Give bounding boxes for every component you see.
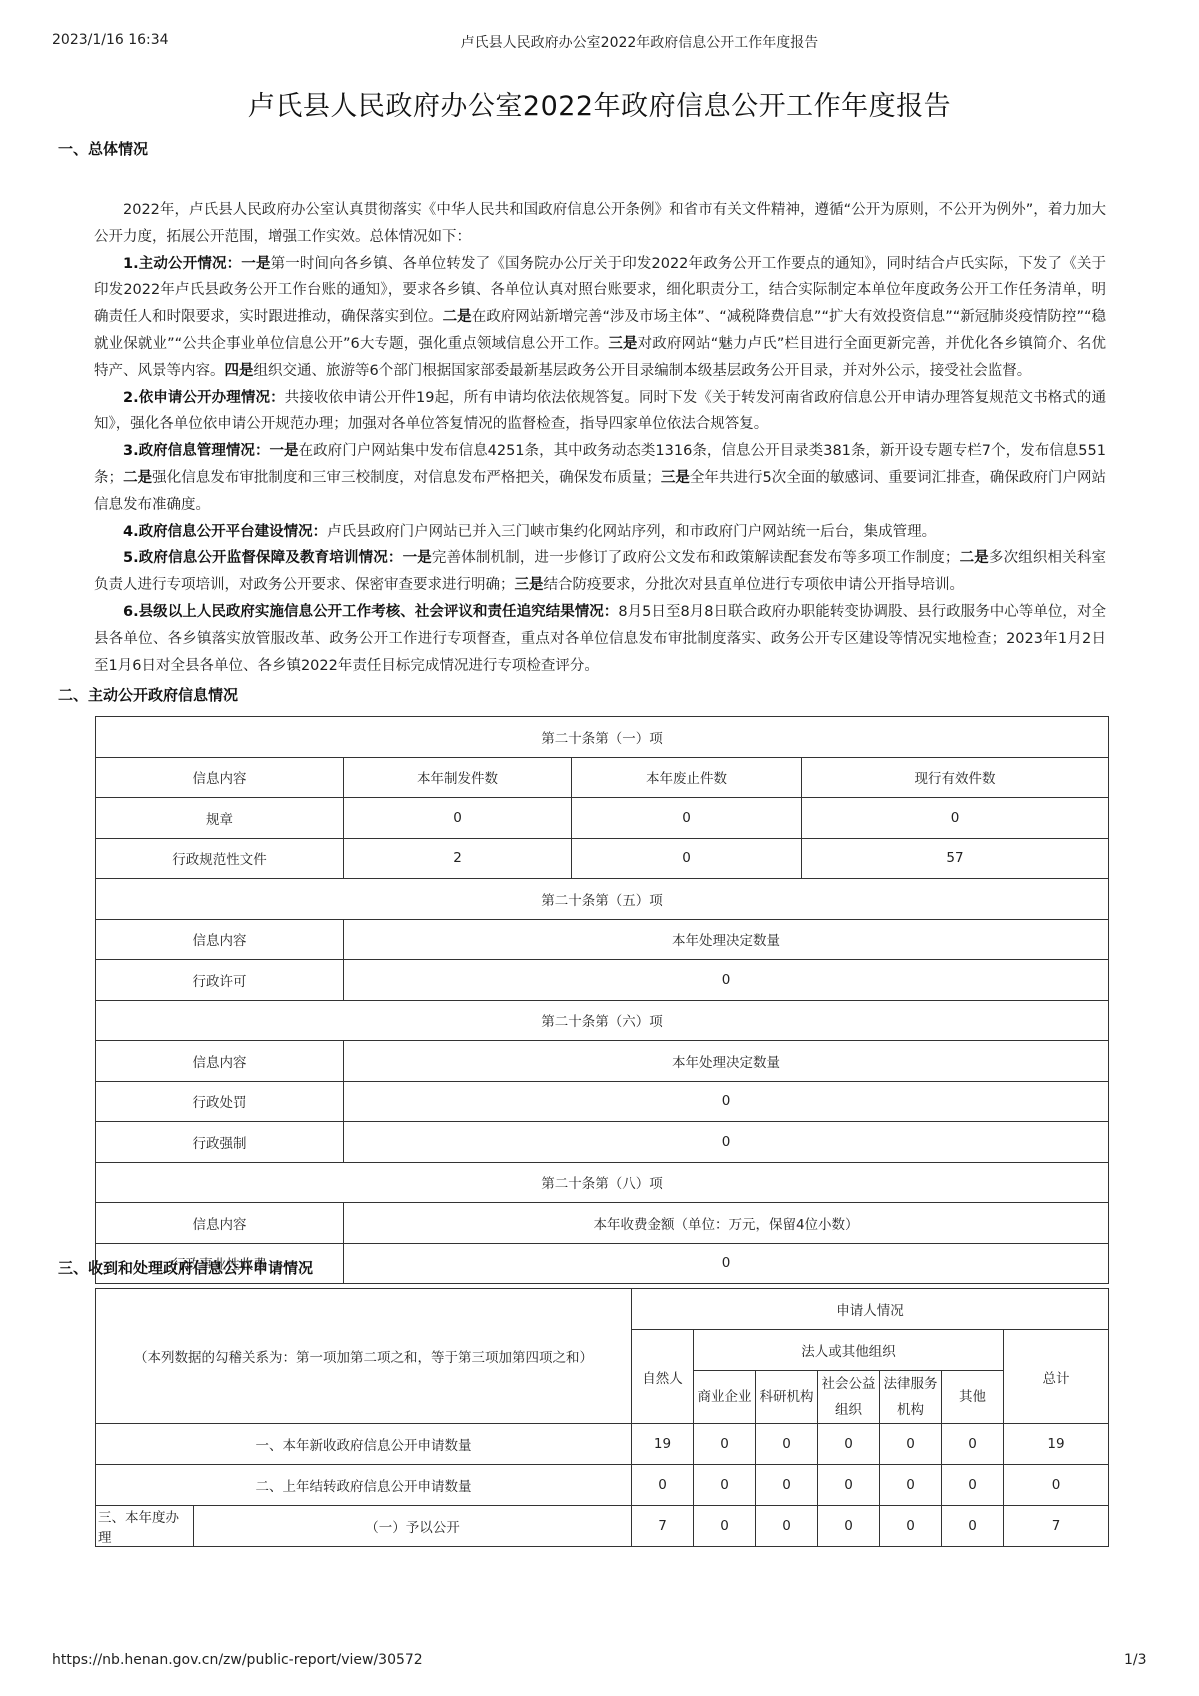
- art8-title: 第二十条第（八）项: [96, 1162, 1109, 1203]
- cell-value: 0: [632, 1465, 694, 1506]
- cell-value: 0: [694, 1465, 756, 1506]
- group-label: 三、本年度办理: [96, 1506, 194, 1547]
- applicant-header: 申请人情况: [632, 1289, 1109, 1330]
- row-label: 行政处罚: [96, 1081, 344, 1122]
- table-row: 行政处罚 0: [96, 1081, 1109, 1122]
- section-heading-requests: 三、收到和处理政府信息公开申请情况: [58, 1257, 313, 1278]
- cell-value: 0: [818, 1424, 880, 1465]
- col-header: 本年收费金额（单位：万元，保留4位小数）: [344, 1203, 1109, 1244]
- cell-value: 7: [632, 1506, 694, 1547]
- proactive-disclosure-table: 第二十条第（一）项 信息内容 本年制发件数 本年废止件数 现行有效件数 规章 0…: [95, 716, 1109, 1284]
- cell-value: 0: [818, 1506, 880, 1547]
- row-label: （一）予以公开: [194, 1506, 632, 1547]
- cell-value: 0: [942, 1465, 1004, 1506]
- cell-value: 57: [802, 838, 1109, 879]
- legal-org-header: 法人或其他组织: [694, 1330, 1004, 1371]
- overview-item-6: 6.县级以上人民政府实施信息公开工作考核、社会评议和责任追究结果情况：8月5日至…: [94, 599, 1106, 679]
- cell-value: 0: [880, 1424, 942, 1465]
- cell-value: 0: [694, 1424, 756, 1465]
- section-heading-proactive: 二、主动公开政府信息情况: [58, 684, 238, 705]
- cell-value: 0: [572, 838, 802, 879]
- row-label: 一、本年新收政府信息公开申请数量: [96, 1424, 632, 1465]
- cell-value: 2: [344, 838, 572, 879]
- overview-item-2: 2.依申请公开办理情况：共接收依申请公开件19起，所有申请均依法依规答复。同时下…: [94, 385, 1106, 439]
- cell-value: 0: [756, 1506, 818, 1547]
- table-row: 行政规范性文件 2 0 57: [96, 838, 1109, 879]
- overview-item-3: 3.政府信息管理情况：一是在政府门户网站集中发布信息4251条，其中政务动态类1…: [94, 438, 1106, 518]
- print-page-title: 卢氏县人民政府办公室2022年政府信息公开工作年度报告: [0, 32, 1199, 52]
- table-row: 行政强制 0: [96, 1122, 1109, 1163]
- cell-value: 0: [572, 798, 802, 839]
- org-type-header: 商业企业: [694, 1371, 756, 1424]
- cell-value: 0: [818, 1465, 880, 1506]
- org-type-header: 社会公益组织: [818, 1371, 880, 1424]
- overview-item-1: 1.主动公开情况：一是第一时间向各乡镇、各单位转发了《国务院办公厅关于印发202…: [94, 251, 1106, 385]
- cell-value: 0: [802, 798, 1109, 839]
- col-header: 信息内容: [96, 1041, 344, 1082]
- cell-value: 0: [756, 1424, 818, 1465]
- cell-value: 19: [1004, 1424, 1109, 1465]
- natural-person-header: 自然人: [632, 1330, 694, 1424]
- org-type-header: 其他: [942, 1371, 1004, 1424]
- table-row: 三、本年度办理 （一）予以公开 7 0 0 0 0 0 7: [96, 1506, 1109, 1547]
- cell-value: 0: [344, 1081, 1109, 1122]
- art5-title: 第二十条第（五）项: [96, 879, 1109, 920]
- cell-value: 0: [694, 1506, 756, 1547]
- cell-value: 19: [632, 1424, 694, 1465]
- cell-value: 0: [880, 1506, 942, 1547]
- cell-value: 0: [344, 960, 1109, 1001]
- row-label: 行政规范性文件: [96, 838, 344, 879]
- cell-value: 0: [1004, 1465, 1109, 1506]
- cell-value: 0: [880, 1465, 942, 1506]
- row-label: 行政强制: [96, 1122, 344, 1163]
- requests-table: （本列数据的勾稽关系为：第一项加第二项之和，等于第三项加第四项之和） 申请人情况…: [95, 1288, 1109, 1547]
- col-header: 本年处理决定数量: [344, 919, 1109, 960]
- overview-intro: 2022年，卢氏县人民政府办公室认真贯彻落实《中华人民共和国政府信息公开条例》和…: [94, 197, 1106, 251]
- section-heading-overview: 一、总体情况: [58, 138, 148, 159]
- row-label: 规章: [96, 798, 344, 839]
- overview-item-5: 5.政府信息公开监督保障及教育培训情况：一是完善体制机制，进一步修订了政府公文发…: [94, 545, 1106, 599]
- cell-value: 0: [756, 1465, 818, 1506]
- col-header: 信息内容: [96, 919, 344, 960]
- art6-title: 第二十条第（六）项: [96, 1000, 1109, 1041]
- footer-page-number: 1/3: [1124, 1652, 1147, 1668]
- col-header: 本年制发件数: [344, 757, 572, 798]
- table-row: 一、本年新收政府信息公开申请数量 19 0 0 0 0 0 19: [96, 1424, 1109, 1465]
- row-label: 二、上年结转政府信息公开申请数量: [96, 1465, 632, 1506]
- total-header: 总计: [1004, 1330, 1109, 1424]
- document-title: 卢氏县人民政府办公室2022年政府信息公开工作年度报告: [0, 84, 1199, 123]
- table-row: 二、上年结转政府信息公开申请数量 0 0 0 0 0 0 0: [96, 1465, 1109, 1506]
- cell-value: 7: [1004, 1506, 1109, 1547]
- art1-title: 第二十条第（一）项: [96, 717, 1109, 758]
- reconciliation-note: （本列数据的勾稽关系为：第一项加第二项之和，等于第三项加第四项之和）: [96, 1289, 632, 1424]
- org-type-header: 法律服务机构: [880, 1371, 942, 1424]
- cell-value: 0: [344, 798, 572, 839]
- org-type-header: 科研机构: [756, 1371, 818, 1424]
- cell-value: 0: [344, 1122, 1109, 1163]
- col-header: 本年废止件数: [572, 757, 802, 798]
- overview-body: 2022年，卢氏县人民政府办公室认真贯彻落实《中华人民共和国政府信息公开条例》和…: [94, 197, 1106, 679]
- cell-value: 0: [942, 1506, 1004, 1547]
- col-header: 本年处理决定数量: [344, 1041, 1109, 1082]
- col-header: 信息内容: [96, 757, 344, 798]
- cell-value: 0: [942, 1424, 1004, 1465]
- overview-item-4: 4.政府信息公开平台建设情况：卢氏县政府门户网站已并入三门峡市集约化网站序列，和…: [94, 519, 1106, 546]
- col-header: 现行有效件数: [802, 757, 1109, 798]
- table-row: 行政许可 0: [96, 960, 1109, 1001]
- cell-value: 0: [344, 1243, 1109, 1284]
- table-row: 规章 0 0 0: [96, 798, 1109, 839]
- col-header: 信息内容: [96, 1203, 344, 1244]
- row-label: 行政许可: [96, 960, 344, 1001]
- footer-url: https://nb.henan.gov.cn/zw/public-report…: [52, 1652, 423, 1668]
